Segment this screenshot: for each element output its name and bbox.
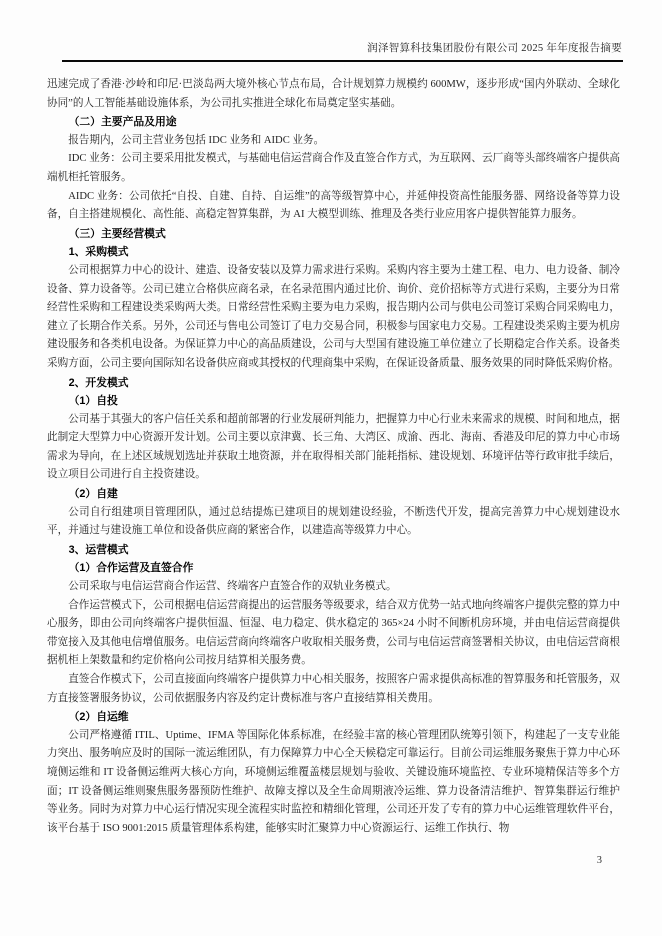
section-heading: 3、运营模式 <box>47 541 620 560</box>
section-heading: （2）自建 <box>47 485 620 504</box>
paragraph: 公司自行组建项目管理团队，通过总结提炼已建项目的规划建设经验，不断迭代开发，提高… <box>47 504 620 541</box>
paragraph: 公司采取与电信运营商合作运营、终端客户直签合作的双轨业务模式。 <box>47 578 620 597</box>
paragraph: 迅速完成了香港·沙岭和印尼·巴淡岛两大境外核心节点布局，合计规划算力规模约 60… <box>47 76 620 113</box>
section-heading: 1、采购模式 <box>47 243 620 262</box>
paragraph: 合作运营模式下，公司根据电信运营商提出的运营服务等级要求，结合双方优势一站式地向… <box>47 597 620 671</box>
document-body: 迅速完成了香港·沙岭和印尼·巴淡岛两大境外核心节点布局，合计规划算力规模约 60… <box>47 76 620 838</box>
report-page: 润泽智算科技集团股份有限公司 2025 年年度报告摘要 迅速完成了香港·沙岭和印… <box>0 0 662 936</box>
section-heading: （1）自投 <box>47 392 620 411</box>
section-heading: （2）自运维 <box>47 708 620 727</box>
section-heading: （三）主要经营模式 <box>47 225 620 244</box>
paragraph: 直签合作模式下，公司直接面向终端客户提供算力中心相关服务，按照客户需求提供高标准… <box>47 671 620 708</box>
section-heading: （二）主要产品及用途 <box>47 113 620 132</box>
section-heading: （1）合作运营及直签合作 <box>47 559 620 578</box>
header-rule <box>62 60 623 62</box>
section-heading: 2、开发模式 <box>47 374 620 393</box>
paragraph: 公司严格遵循 ITIL、Uptime、IFMA 等国际化体系标准，在经验丰富的核… <box>47 727 620 839</box>
paragraph: 报告期内，公司主营业务包括 IDC 业务和 AIDC 业务。 <box>47 132 620 151</box>
paragraph: AIDC 业务：公司依托“自投、自建、自持、自运维”的高等级智算中心，并延伸投资… <box>47 188 620 225</box>
paragraph: 公司根据算力中心的设计、建造、设备安装以及算力需求进行采购。采购内容主要为土建工… <box>47 262 620 374</box>
report-header-title: 润泽智算科技集团股份有限公司 2025 年年度报告摘要 <box>47 40 622 55</box>
page-number: 3 <box>597 855 602 866</box>
paragraph: IDC 业务：公司主要采用批发模式，与基础电信运营商合作及直签合作方式，为互联网… <box>47 150 620 187</box>
paragraph: 公司基于其强大的客户信任关系和超前部署的行业发展研判能力，把握算力中心行业未来需… <box>47 411 620 485</box>
